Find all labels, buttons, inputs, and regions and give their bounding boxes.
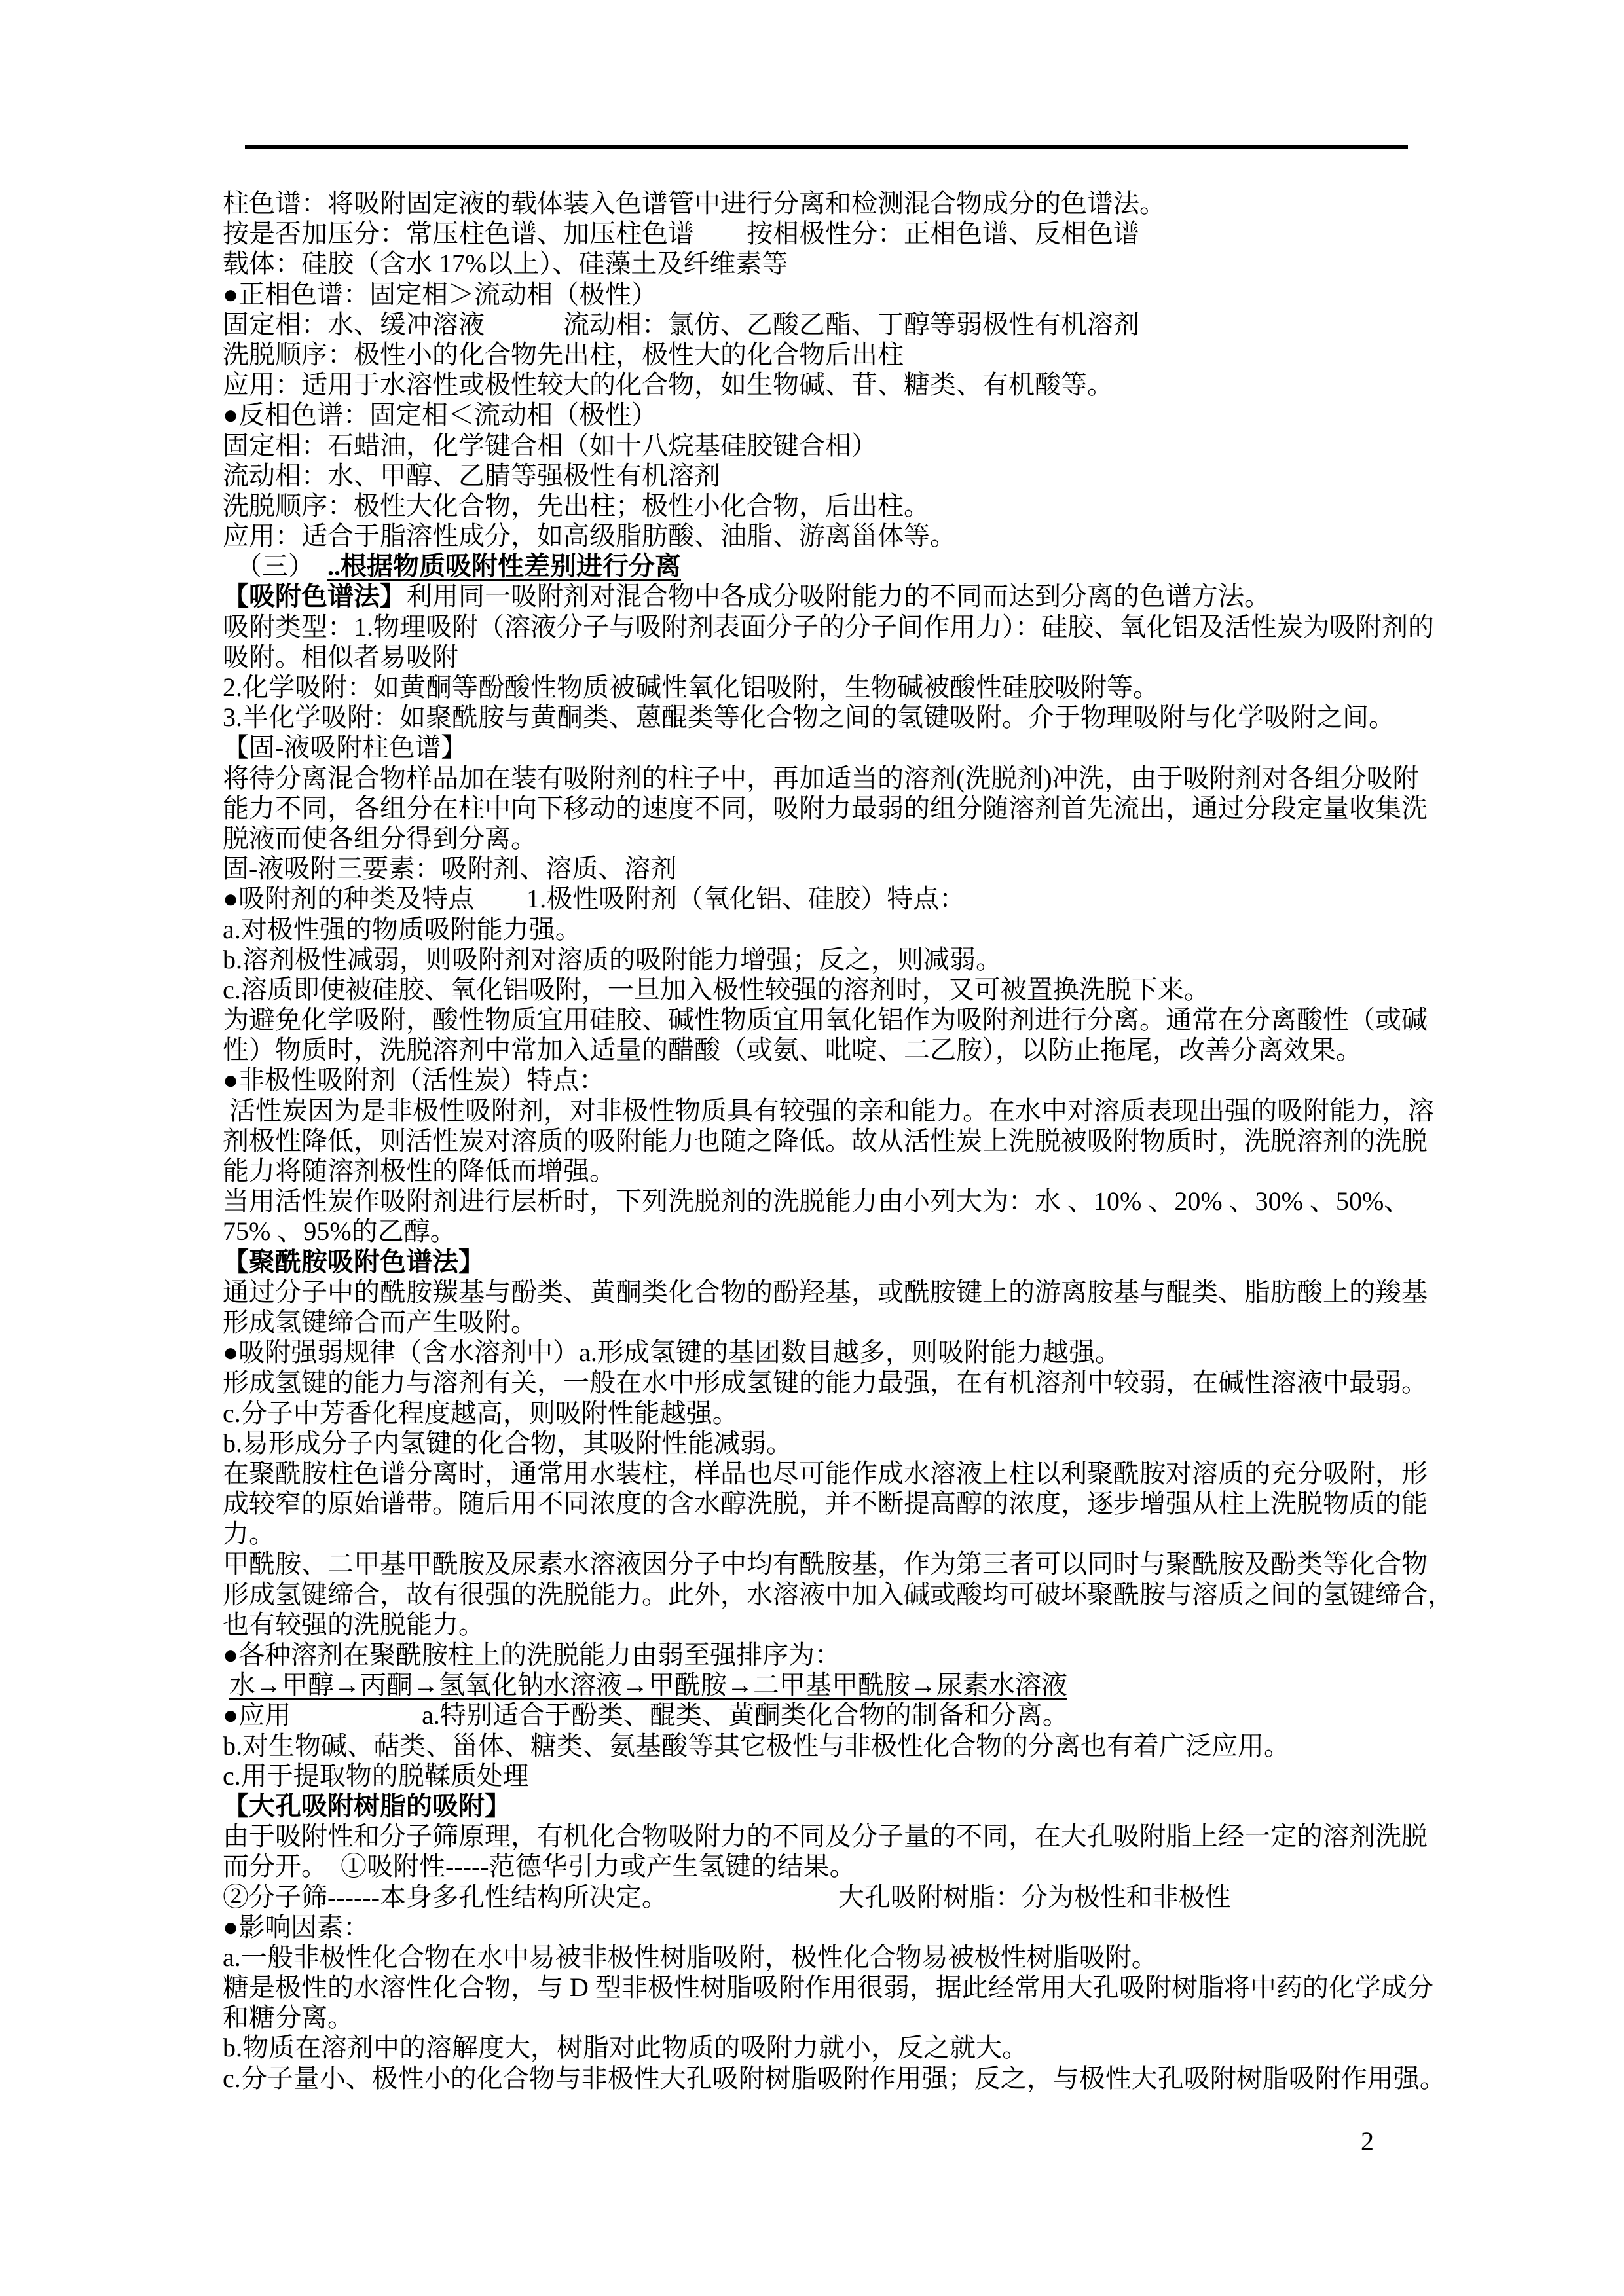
text-segment: 【固-液吸附柱色谱】	[223, 733, 467, 762]
text-line: 【聚酰胺吸附色谱法】	[223, 1247, 1421, 1277]
text-line: 柱色谱：将吸附固定液的载体装入色谱管中进行分离和检测混合物成分的色谱法。	[223, 189, 1421, 219]
text-line: 3.半化学吸附：如聚酰胺与黄酮类、蒽醌类等化合物之间的氢键吸附。介于物理吸附与化…	[223, 702, 1421, 733]
text-line: 由于吸附性和分子筛原理，有机化合物吸附力的不同及分子量的不同，在大孔吸附脂上经一…	[223, 1821, 1421, 1851]
text-segment: ②分子筛------本身多孔性结构所决定。 大孔吸附树脂：分为极性和非极性	[223, 1882, 1231, 1912]
text-segment: 洗脱顺序：极性小的化合物先出柱，极性大的化合物后出柱	[223, 340, 904, 369]
text-line: 2.化学吸附：如黄酮等酚酸性物质被碱性氧化铝吸附，生物碱被酸性硅胶吸附等。	[223, 672, 1421, 702]
text-line: 洗脱顺序：极性大化合物，先出柱；极性小化合物，后出柱。	[223, 491, 1421, 521]
text-line: ●吸附强弱规律（含水溶剂中）a.形成氢键的基团数目越多，则吸附能力越强。	[223, 1338, 1421, 1368]
text-segment: ●各种溶剂在聚酰胺柱上的洗脱能力由弱至强排序为：	[223, 1640, 841, 1669]
text-line: 形成氢键的能力与溶剂有关，一般在水中形成氢键的能力最强，在有机溶剂中较弱，在碱性…	[223, 1368, 1421, 1398]
text-segment: 应用：适用于水溶性或极性较大的化合物，如生物碱、苷、糖类、有机酸等。	[223, 370, 1113, 399]
text-segment: ●影响因素：	[223, 1912, 369, 1942]
text-segment: 将待分离混合物样品加在装有吸附剂的柱子中，再加适当的溶剂(洗脱剂)冲洗，由于吸附…	[223, 763, 1419, 793]
text-line: 和糖分离。	[223, 2003, 1421, 2033]
text-segment: 利用同一吸附剂对混合物中各成分吸附能力的不同而达到分离的色谱方法。	[406, 581, 1270, 611]
text-segment: ●反相色谱：固定相＜流动相（极性）	[223, 400, 657, 429]
text-line: 通过分子中的酰胺羰基与酚类、黄酮类化合物的酚羟基，或酰胺键上的游离胺基与醌类、脂…	[223, 1277, 1421, 1307]
text-line: ②分子筛------本身多孔性结构所决定。 大孔吸附树脂：分为极性和非极性	[223, 1882, 1421, 1912]
text-segment: ●非极性吸附剂（活性炭）特点：	[223, 1065, 605, 1095]
text-segment: 2.化学吸附：如黄酮等酚酸性物质被碱性氧化铝吸附，生物碱被酸性硅胶吸附等。	[223, 672, 1159, 702]
text-line: a.一般非极性化合物在水中易被非极性树脂吸附，极性化合物易被极性树脂吸附。	[223, 1942, 1421, 1973]
text-segment: 能力将随溶剂极性的降低而增强。	[223, 1156, 616, 1186]
text-line: 能力不同，各组分在柱中向下移动的速度不同，吸附力最弱的组分随溶剂首先流出，通过分…	[223, 793, 1421, 824]
text-line: 形成氢键缔合，故有很强的洗脱能力。此外，水溶液中加入碱或酸均可破坏聚酰胺与溶质之…	[223, 1580, 1421, 1610]
text-line: 洗脱顺序：极性小的化合物先出柱，极性大的化合物后出柱	[223, 340, 1421, 370]
text-line: 糖是极性的水溶性化合物，与 D 型非极性树脂吸附作用很弱，据此经常用大孔吸附树脂…	[223, 1973, 1421, 2003]
text-segment: 通过分子中的酰胺羰基与酚类、黄酮类化合物的酚羟基，或酰胺键上的游离胺基与醌类、脂…	[223, 1277, 1428, 1307]
text-segment: a.对极性强的物质吸附能力强。	[223, 915, 581, 944]
text-line: 【固-液吸附柱色谱】	[223, 733, 1421, 763]
text-line: b.物质在溶剂中的溶解度大，树脂对此物质的吸附力就小，反之就大。	[223, 2033, 1421, 2063]
text-line: 力。	[223, 1519, 1421, 1549]
text-line: 为避免化学吸附，酸性物质宜用硅胶、碱性物质宜用氧化铝作为吸附剂进行分离。通常在分…	[223, 1005, 1421, 1035]
text-line: 固-液吸附三要素：吸附剂、溶质、溶剂	[223, 854, 1421, 884]
text-line: ●各种溶剂在聚酰胺柱上的洗脱能力由弱至强排序为：	[223, 1640, 1421, 1670]
text-line: 剂极性降低，则活性炭对溶质的吸附能力也随之降低。故从活性炭上洗脱被吸附物质时，洗…	[223, 1126, 1421, 1156]
text-line: 吸附。相似者易吸附	[223, 642, 1421, 672]
text-line: 载体：硅胶（含水 17%以上）、硅藻土及纤维素等	[223, 249, 1421, 279]
text-line: 而分开。 ①吸附性-----范德华引力或产生氢键的结果。	[223, 1851, 1421, 1882]
text-segment: 吸附类型：1.物理吸附（溶液分子与吸附剂表面分子的分子间作用力）：硅胶、氧化铝及…	[223, 612, 1434, 642]
text-line: 甲酰胺、二甲基甲酰胺及尿素水溶液因分子中均有酰胺基，作为第三者可以同时与聚酰胺及…	[223, 1549, 1421, 1579]
text-segment: 为避免化学吸附，酸性物质宜用硅胶、碱性物质宜用氧化铝作为吸附剂进行分离。通常在分…	[223, 1005, 1428, 1034]
text-segment: 水→甲醇→丙酮→氢氧化钠水溶液→甲酰胺→二甲基甲酰胺→尿素水溶液	[229, 1670, 1067, 1700]
text-segment: 在聚酰胺柱色谱分离时，通常用水装柱，样品也尽可能作成水溶液上柱以利聚酰胺对溶质的…	[223, 1459, 1428, 1488]
text-segment: ●吸附强弱规律（含水溶剂中）a.形成氢键的基团数目越多，则吸附能力越强。	[223, 1338, 1121, 1367]
text-segment: 甲酰胺、二甲基甲酰胺及尿素水溶液因分子中均有酰胺基，作为第三者可以同时与聚酰胺及…	[223, 1549, 1428, 1578]
text-segment: 固-液吸附三要素：吸附剂、溶质、溶剂	[223, 854, 676, 883]
text-line: 活性炭因为是非极性吸附剂，对非极性物质具有较强的亲和能力。在水中对溶质表现出强的…	[223, 1096, 1421, 1126]
text-segment: 按是否加压分：常压柱色谱、加压柱色谱 按相极性分：正相色谱、反相色谱	[223, 219, 1139, 248]
text-segment: a.一般非极性化合物在水中易被非极性树脂吸附，极性化合物易被极性树脂吸附。	[223, 1942, 1158, 1972]
text-segment: 而分开。 ①吸附性-----范德华引力或产生氢键的结果。	[223, 1851, 856, 1881]
text-line: 应用：适用于水溶性或极性较大的化合物，如生物碱、苷、糖类、有机酸等。	[223, 370, 1421, 400]
text-segment: 【吸附色谱法】	[223, 581, 406, 611]
text-segment: 固定相：水、缓冲溶液 流动相：氯仿、乙酸乙酯、丁醇等弱极性有机溶剂	[223, 310, 1139, 339]
text-segment: 应用：适合于脂溶性成分，如高级脂肪酸、油脂、游离甾体等。	[223, 521, 956, 551]
text-segment: 流动相：水、甲醇、乙腈等强极性有机溶剂	[223, 461, 720, 490]
text-segment: 载体：硅胶（含水 17%以上）、硅藻土及纤维素等	[223, 249, 788, 278]
text-segment: 75% 、95%的乙醇。	[223, 1216, 456, 1246]
text-line: 成较窄的原始谱带。随后用不同浓度的含水醇洗脱，并不断提高醇的浓度，逐步增强从柱上…	[223, 1489, 1421, 1519]
text-line: b.对生物碱、萜类、甾体、糖类、氨基酸等其它极性与非极性化合物的分离也有着广泛应…	[223, 1731, 1421, 1761]
text-segment: 洗脱顺序：极性大化合物，先出柱；极性小化合物，后出柱。	[223, 491, 930, 520]
text-line: 形成氢键缔合而产生吸附。	[223, 1307, 1421, 1338]
text-line: 将待分离混合物样品加在装有吸附剂的柱子中，再加适当的溶剂(洗脱剂)冲洗，由于吸附…	[223, 763, 1421, 793]
text-segment: 活性炭因为是非极性吸附剂，对非极性物质具有较强的亲和能力。在水中对溶质表现出强的…	[223, 1096, 1434, 1125]
text-segment: 由于吸附性和分子筛原理，有机化合物吸附力的不同及分子量的不同，在大孔吸附脂上经一…	[223, 1821, 1428, 1851]
text-line: c.分子量小、极性小的化合物与非极性大孔吸附树脂吸附作用强；反之，与极性大孔吸附…	[223, 2064, 1421, 2094]
text-segment: 柱色谱：将吸附固定液的载体装入色谱管中进行分离和检测混合物成分的色谱法。	[223, 189, 1166, 218]
text-segment: 3.半化学吸附：如聚酰胺与黄酮类、蒽醌类等化合物之间的氢键吸附。介于物理吸附与化…	[223, 702, 1395, 732]
page-number: 2	[1361, 2126, 1374, 2157]
text-segment: 形成氢键缔合而产生吸附。	[223, 1307, 537, 1337]
text-segment: b.易形成分子内氢键的化合物，其吸附性能减弱。	[223, 1429, 792, 1458]
text-line: （三） ..根据物质吸附性差别进行分离	[223, 551, 1421, 581]
text-segment: 能力不同，各组分在柱中向下移动的速度不同，吸附力最弱的组分随溶剂首先流出，通过分…	[223, 793, 1428, 823]
text-line: 能力将随溶剂极性的降低而增强。	[223, 1156, 1421, 1186]
text-line: 75% 、95%的乙醇。	[223, 1216, 1421, 1247]
text-segment: b.溶剂极性减弱，则吸附剂对溶质的吸附能力增强；反之，则减弱。	[223, 945, 1002, 974]
text-line: a.对极性强的物质吸附能力强。	[223, 915, 1421, 945]
text-segment: 脱液而使各组分得到分离。	[223, 824, 537, 853]
text-line: ●影响因素：	[223, 1912, 1421, 1942]
header-rule-divider	[245, 145, 1408, 149]
text-segment: 剂极性降低，则活性炭对溶质的吸附能力也随之降低。故从活性炭上洗脱被吸附物质时，洗…	[223, 1126, 1428, 1156]
text-line: 水→甲醇→丙酮→氢氧化钠水溶液→甲酰胺→二甲基甲酰胺→尿素水溶液	[223, 1670, 1421, 1700]
text-line: ●应用 a.特别适合于酚类、醌类、黄酮类化合物的制备和分离。	[223, 1700, 1421, 1730]
text-segment: c.用于提取物的脱鞣质处理	[223, 1761, 529, 1791]
text-segment: 和糖分离。	[223, 2003, 354, 2032]
text-line: 在聚酰胺柱色谱分离时，通常用水装柱，样品也尽可能作成水溶液上柱以利聚酰胺对溶质的…	[223, 1459, 1421, 1489]
text-line: 当用活性炭作吸附剂进行层析时，下列洗脱剂的洗脱能力由小列大为：水 、10% 、2…	[223, 1186, 1421, 1216]
text-segment: 固定相：石蜡油，化学键合相（如十八烷基硅胶键合相）	[223, 431, 877, 460]
text-segment: 糖是极性的水溶性化合物，与 D 型非极性树脂吸附作用很弱，据此经常用大孔吸附树脂…	[223, 1973, 1433, 2002]
text-segment: 形成氢键缔合，故有很强的洗脱能力。此外，水溶液中加入碱或酸均可破坏聚酰胺与溶质之…	[223, 1580, 1454, 1609]
text-line: ●反相色谱：固定相＜流动相（极性）	[223, 400, 1421, 430]
text-segment: 吸附。相似者易吸附	[223, 642, 458, 672]
text-line: c.用于提取物的脱鞣质处理	[223, 1761, 1421, 1791]
text-segment: c.分子量小、极性小的化合物与非极性大孔吸附树脂吸附作用强；反之，与极性大孔吸附…	[223, 2064, 1446, 2093]
text-segment: 形成氢键的能力与溶剂有关，一般在水中形成氢键的能力最强，在有机溶剂中较弱，在碱性…	[223, 1368, 1428, 1397]
text-segment: 也有较强的洗脱能力。	[223, 1610, 485, 1639]
text-line: c.溶质即使被硅胶、氧化铝吸附，一旦加入极性较强的溶剂时，又可被置换洗脱下来。	[223, 975, 1421, 1005]
text-segment: b.物质在溶剂中的溶解度大，树脂对此物质的吸附力就小，反之就大。	[223, 2033, 1028, 2062]
text-line: ●非极性吸附剂（活性炭）特点：	[223, 1065, 1421, 1095]
text-line: 吸附类型：1.物理吸附（溶液分子与吸附剂表面分子的分子间作用力）：硅胶、氧化铝及…	[223, 612, 1421, 642]
text-line: b.溶剂极性减弱，则吸附剂对溶质的吸附能力增强；反之，则减弱。	[223, 945, 1421, 975]
text-segment: ●吸附剂的种类及特点 1.极性吸附剂（氧化铝、硅胶）特点：	[223, 884, 965, 913]
text-line: ●吸附剂的种类及特点 1.极性吸附剂（氧化铝、硅胶）特点：	[223, 884, 1421, 914]
text-segment: ●正相色谱：固定相＞流动相（极性）	[223, 280, 657, 309]
text-line: 【大孔吸附树脂的吸附】	[223, 1791, 1421, 1821]
text-segment: 力。	[223, 1519, 275, 1548]
text-segment: 成较窄的原始谱带。随后用不同浓度的含水醇洗脱，并不断提高醇的浓度，逐步增强从柱上…	[223, 1489, 1428, 1518]
text-line: 按是否加压分：常压柱色谱、加压柱色谱 按相极性分：正相色谱、反相色谱	[223, 219, 1421, 249]
document-page: 柱色谱：将吸附固定液的载体装入色谱管中进行分离和检测混合物成分的色谱法。按是否加…	[0, 0, 1624, 2296]
text-segment: 当用活性炭作吸附剂进行层析时，下列洗脱剂的洗脱能力由小列大为：水 、10% 、2…	[223, 1186, 1410, 1216]
text-line: 性）物质时，洗脱溶剂中常加入适量的醋酸（或氨、吡啶、二乙胺），以防止拖尾，改善分…	[223, 1035, 1421, 1065]
text-line: 固定相：石蜡油，化学键合相（如十八烷基硅胶键合相）	[223, 431, 1421, 461]
text-line: 也有较强的洗脱能力。	[223, 1610, 1421, 1640]
text-segment: ●应用 a.特别适合于酚类、醌类、黄酮类化合物的制备和分离。	[223, 1700, 1069, 1730]
text-segment: 性）物质时，洗脱溶剂中常加入适量的醋酸（或氨、吡啶、二乙胺），以防止拖尾，改善分…	[223, 1035, 1362, 1065]
text-line: 流动相：水、甲醇、乙腈等强极性有机溶剂	[223, 461, 1421, 491]
text-segment: c.溶质即使被硅胶、氧化铝吸附，一旦加入极性较强的溶剂时，又可被置换洗脱下来。	[223, 975, 1210, 1004]
text-line: 【吸附色谱法】利用同一吸附剂对混合物中各成分吸附能力的不同而达到分离的色谱方法。	[223, 581, 1421, 611]
text-line: ●正相色谱：固定相＞流动相（极性）	[223, 280, 1421, 310]
document-body: 柱色谱：将吸附固定液的载体装入色谱管中进行分离和检测混合物成分的色谱法。按是否加…	[223, 189, 1421, 2094]
text-segment: （三）	[223, 551, 327, 581]
text-line: b.易形成分子内氢键的化合物，其吸附性能减弱。	[223, 1429, 1421, 1459]
text-line: 应用：适合于脂溶性成分，如高级脂肪酸、油脂、游离甾体等。	[223, 521, 1421, 551]
text-line: 固定相：水、缓冲溶液 流动相：氯仿、乙酸乙酯、丁醇等弱极性有机溶剂	[223, 310, 1421, 340]
text-line: c.分子中芳香化程度越高，则吸附性能越强。	[223, 1398, 1421, 1429]
text-segment: ..根据物质吸附性差别进行分离	[327, 551, 681, 581]
text-segment	[223, 1670, 229, 1700]
text-line: 脱液而使各组分得到分离。	[223, 824, 1421, 854]
text-segment: b.对生物碱、萜类、甾体、糖类、氨基酸等其它极性与非极性化合物的分离也有着广泛应…	[223, 1731, 1290, 1760]
text-segment: 【大孔吸附树脂的吸附】	[223, 1791, 511, 1821]
text-segment: c.分子中芳香化程度越高，则吸附性能越强。	[223, 1398, 739, 1428]
text-segment: 【聚酰胺吸附色谱法】	[223, 1247, 485, 1277]
